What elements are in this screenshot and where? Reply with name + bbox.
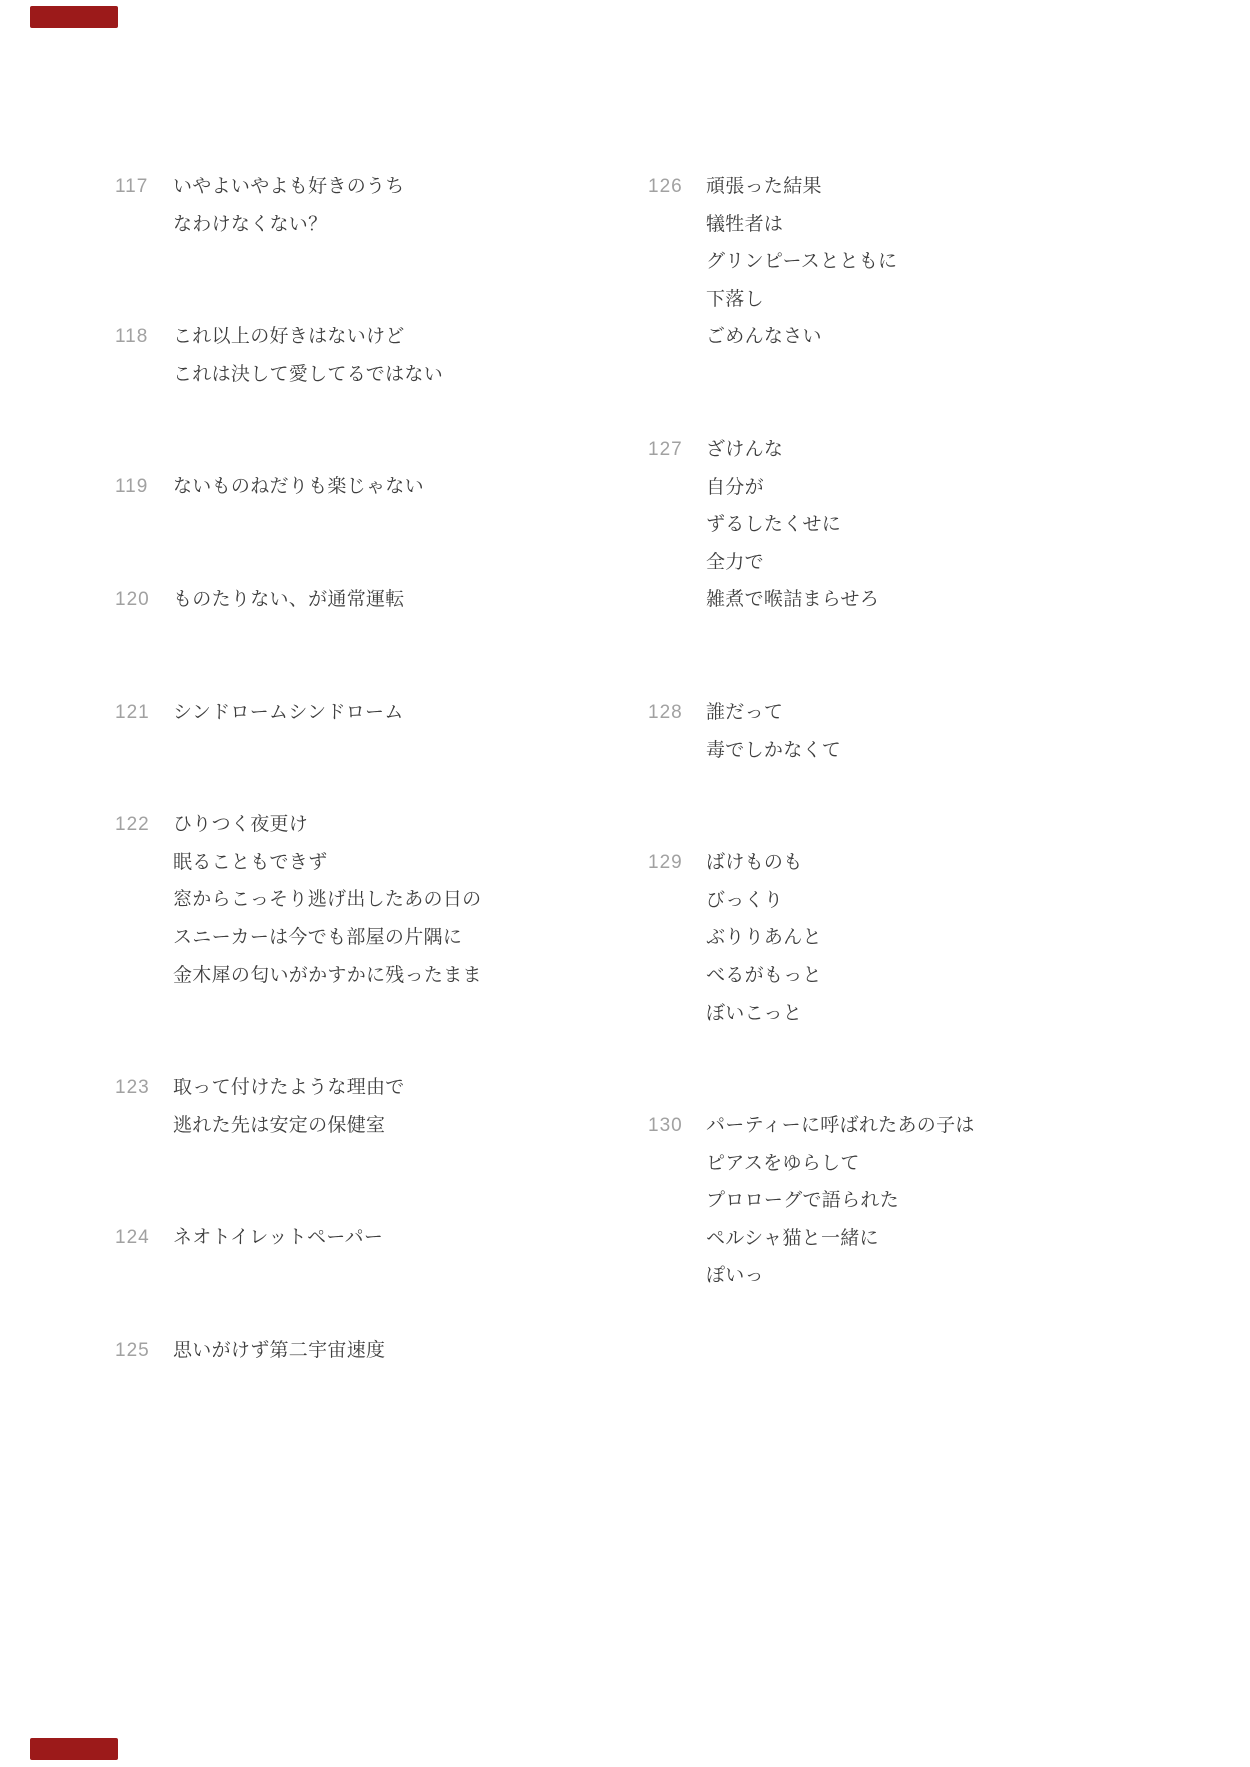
entry-number: 124: [115, 1219, 173, 1257]
poem-line: 逃れた先は安定の保健室: [173, 1107, 405, 1145]
poem-entry: 124ネオトイレットペーパー: [115, 1219, 482, 1257]
entry-lines: シンドロームシンドローム: [173, 694, 404, 732]
poem-entry: 125思いがけず第二宇宙速度: [115, 1332, 482, 1370]
entry-number: 125: [115, 1332, 173, 1370]
entry-number: 123: [115, 1069, 173, 1107]
entry-lines: いやよいやよも好きのうちなわけなくない？: [173, 168, 405, 243]
poem-line: 眠ることもできず: [173, 844, 482, 882]
entry-lines: ないものねだりも楽じゃない: [173, 468, 424, 506]
redaction-mark-top: [30, 6, 118, 28]
entry-lines: ものたりない、が通常運転: [173, 581, 405, 619]
poem-entry: 128誰だって毒でしかなくて: [648, 694, 975, 769]
poem-entry: 130パーティーに呼ばれたあの子はピアスをゆらしてプロローグで語られたペルシャ猫…: [648, 1107, 975, 1295]
poem-line: なわけなくない？: [173, 206, 405, 244]
poem-line: ごめんなさい: [706, 318, 897, 356]
entry-number: 117: [115, 168, 173, 206]
poem-line: 自分が: [706, 469, 879, 507]
poem-entry: 126頑張った結果犠牲者はグリンピースとともに下落しごめんなさい: [648, 168, 975, 356]
entry-number: 130: [648, 1107, 706, 1145]
document-page: 117いやよいやよも好きのうちなわけなくない？118これ以上の好きはないけどこれ…: [0, 0, 1250, 1767]
poem-line: いやよいやよも好きのうち: [173, 168, 405, 206]
poem-line: 下落し: [706, 281, 897, 319]
poem-line: ざけんな: [706, 431, 879, 469]
entry-lines: パーティーに呼ばれたあの子はピアスをゆらしてプロローグで語られたペルシャ猫と一緒…: [706, 1107, 975, 1295]
poem-line: ものたりない、が通常運転: [173, 581, 405, 619]
poem-line: プロローグで語られた: [706, 1182, 975, 1220]
entry-number: 129: [648, 844, 706, 882]
entry-lines: 思いがけず第二宇宙速度: [173, 1332, 385, 1370]
entry-number: 120: [115, 581, 173, 619]
poem-line: 窓からこっそり逃げ出したあの日の: [173, 881, 482, 919]
entry-number: 127: [648, 431, 706, 469]
poem-entry: 119ないものねだりも楽じゃない: [115, 468, 482, 506]
entry-lines: 誰だって毒でしかなくて: [706, 694, 841, 769]
entry-lines: ばけものもびっくりぶりりあんとべるがもっとぼいこっと: [706, 844, 822, 1032]
poem-entry: 127ざけんな自分がずるしたくせに全力で雑煮で喉詰まらせろ: [648, 431, 975, 619]
poem-line: シンドロームシンドローム: [173, 694, 404, 732]
poem-line: パーティーに呼ばれたあの子は: [706, 1107, 975, 1145]
poem-entry: 120ものたりない、が通常運転: [115, 581, 482, 619]
poem-line: 全力で: [706, 544, 879, 582]
poem-line: 毒でしかなくて: [706, 732, 841, 770]
poem-line: 取って付けたような理由で: [173, 1069, 405, 1107]
poem-line: 誰だって: [706, 694, 841, 732]
poem-line: ピアスをゆらして: [706, 1145, 975, 1183]
poem-line: ずるしたくせに: [706, 506, 879, 544]
poem-line: ばけものも: [706, 844, 822, 882]
poem-line: 犠牲者は: [706, 206, 897, 244]
entry-number: 128: [648, 694, 706, 732]
poem-line: 頑張った結果: [706, 168, 897, 206]
poem-entry: 121シンドロームシンドローム: [115, 694, 482, 732]
entry-number: 122: [115, 806, 173, 844]
entry-number: 118: [115, 318, 173, 356]
poem-line: べるがもっと: [706, 957, 822, 995]
poem-line: スニーカーは今でも部屋の片隅に: [173, 919, 482, 957]
poem-line: びっくり: [706, 882, 822, 920]
entry-number: 119: [115, 468, 173, 506]
column-right: 126頑張った結果犠牲者はグリンピースとともに下落しごめんなさい127ざけんな自…: [648, 168, 975, 1370]
poem-line: グリンピースとともに: [706, 243, 897, 281]
poem-entry: 122ひりつく夜更け眠ることもできず窓からこっそり逃げ出したあの日のスニーカーは…: [115, 806, 482, 994]
entry-lines: ネオトイレットペーパー: [173, 1219, 383, 1257]
poem-line: ないものねだりも楽じゃない: [173, 468, 424, 506]
entry-lines: ひりつく夜更け眠ることもできず窓からこっそり逃げ出したあの日のスニーカーは今でも…: [173, 806, 482, 994]
entry-lines: これ以上の好きはないけどこれは決して愛してるではない: [173, 318, 443, 393]
poem-line: ぽいっ: [706, 1257, 975, 1295]
entry-number: 126: [648, 168, 706, 206]
entry-lines: 取って付けたような理由で逃れた先は安定の保健室: [173, 1069, 405, 1144]
poem-line: 思いがけず第二宇宙速度: [173, 1332, 385, 1370]
column-left: 117いやよいやよも好きのうちなわけなくない？118これ以上の好きはないけどこれ…: [115, 168, 482, 1445]
poem-entry: 118これ以上の好きはないけどこれは決して愛してるではない: [115, 318, 482, 393]
poem-line: ひりつく夜更け: [173, 806, 482, 844]
poem-line: ぼいこっと: [706, 995, 822, 1033]
entry-lines: ざけんな自分がずるしたくせに全力で雑煮で喉詰まらせろ: [706, 431, 879, 619]
poem-line: 金木犀の匂いがかすかに残ったまま: [173, 957, 482, 995]
entry-lines: 頑張った結果犠牲者はグリンピースとともに下落しごめんなさい: [706, 168, 897, 356]
poem-line: これ以上の好きはないけど: [173, 318, 443, 356]
poem-line: これは決して愛してるではない: [173, 356, 443, 394]
poem-line: ペルシャ猫と一緒に: [706, 1220, 975, 1258]
poem-entry: 117いやよいやよも好きのうちなわけなくない？: [115, 168, 482, 243]
poem-line: ネオトイレットペーパー: [173, 1219, 383, 1257]
entry-number: 121: [115, 694, 173, 732]
redaction-mark-bottom: [30, 1738, 118, 1760]
poem-line: ぶりりあんと: [706, 919, 822, 957]
poem-entry: 129ばけものもびっくりぶりりあんとべるがもっとぼいこっと: [648, 844, 975, 1032]
poem-entry: 123取って付けたような理由で逃れた先は安定の保健室: [115, 1069, 482, 1144]
poem-line: 雑煮で喉詰まらせろ: [706, 581, 879, 619]
